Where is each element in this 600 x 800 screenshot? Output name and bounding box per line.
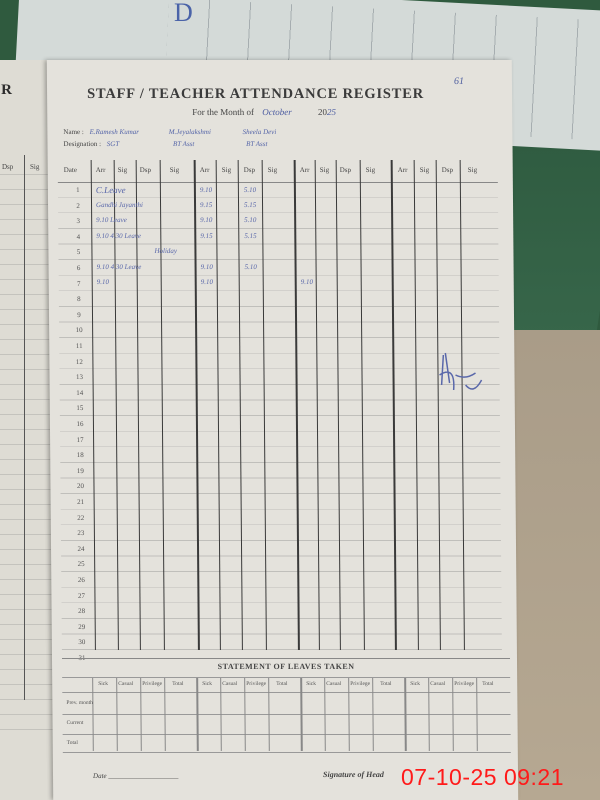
- col-header: Dsp: [340, 166, 351, 174]
- floor-background: [510, 330, 600, 800]
- day-number: 29: [72, 623, 92, 631]
- entry-day-6-dsp: 5.10: [245, 263, 257, 271]
- entry-day-4-arr: 9.15: [200, 232, 212, 240]
- leaves-col-header: Casual: [222, 681, 237, 687]
- footer-date: Date ____________________: [93, 772, 178, 780]
- col-header: Arr: [300, 166, 310, 174]
- day-number: 9: [69, 311, 89, 319]
- month-value: October: [262, 107, 292, 117]
- col-header: Sig: [268, 166, 277, 174]
- entry-day-2-dsp: 5.15: [244, 201, 256, 209]
- register-page: 61 STAFF / TEACHER ATTENDANCE REGISTER F…: [47, 60, 518, 800]
- background-sheet-letter: D: [174, 0, 193, 28]
- col-header: Sig: [468, 166, 477, 174]
- day-number: 19: [70, 467, 90, 475]
- day-number: 30: [72, 638, 92, 646]
- entry-day-1: C.Leave: [96, 185, 126, 195]
- handwritten-signature-icon: [435, 345, 486, 405]
- day-number: 2: [68, 202, 88, 210]
- leaves-col-header: Sick: [98, 681, 108, 687]
- leaves-title: STATEMENT OF LEAVES TAKEN: [62, 662, 510, 671]
- day-number: 14: [70, 389, 90, 397]
- entry-day-7-arr: 9.10: [201, 278, 213, 286]
- col-header: Arr: [96, 166, 106, 174]
- entry-day-1-dsp: 5.10: [244, 186, 256, 194]
- entry-day-2: Gandhi Jayanthi: [96, 201, 143, 209]
- left-page-header-sig: Sig: [30, 163, 39, 171]
- grid-header: Date Arr Sig Dsp Sig Arr Sig Dsp Sig Arr…: [58, 160, 498, 183]
- leaves-col-header: Casual: [326, 681, 341, 687]
- day-number: 8: [69, 295, 89, 303]
- attendance-grid: Date Arr Sig Dsp Sig Arr Sig Dsp Sig Arr…: [58, 160, 502, 650]
- col-header: Sig: [320, 166, 329, 174]
- staff-name: E.Ramesh Kumar: [90, 128, 139, 136]
- day-number: 11: [69, 342, 89, 350]
- entry-day-6: 9.10 4.30 Leave: [97, 263, 142, 271]
- entry-day-5: Holiday: [154, 247, 177, 255]
- day-number: 21: [71, 498, 91, 506]
- staff-designation: SGT: [107, 140, 120, 148]
- designation-row: Designation : SGT BT Asst BT Asst: [63, 140, 267, 148]
- day-number: 10: [69, 326, 89, 334]
- leaves-col-header: Total: [276, 681, 287, 687]
- day-number: 15: [70, 404, 90, 412]
- leaves-col-header: Privilege: [246, 681, 266, 687]
- entry-day-3-dsp: 5.10: [244, 216, 256, 224]
- day-number: 27: [71, 592, 91, 600]
- leaves-row-label: Prev. month: [66, 700, 93, 706]
- leaves-col-header: Privilege: [454, 681, 474, 687]
- leaves-col-header: Sick: [410, 681, 420, 687]
- entry-day-4-dsp: 5.15: [244, 232, 256, 240]
- entry-day-7: 9.10: [97, 278, 109, 286]
- footer-signature-label: Signature of Head: [323, 770, 384, 779]
- day-number: 28: [72, 607, 92, 615]
- col-header: Sig: [222, 166, 231, 174]
- day-number: 25: [71, 560, 91, 568]
- timestamp-overlay: 07-10-25 09:21: [401, 764, 564, 791]
- day-number: 12: [69, 358, 89, 366]
- col-header: Sig: [420, 166, 429, 174]
- col-header: Sig: [118, 166, 127, 174]
- day-number: 1: [68, 186, 88, 194]
- day-number: 23: [71, 529, 91, 537]
- name-row: Name : E.Ramesh Kumar M.Jeyalakshmi Shee…: [63, 128, 276, 136]
- col-header: Arr: [398, 166, 408, 174]
- month-label: For the Month of: [192, 107, 254, 117]
- day-number: 26: [71, 576, 91, 584]
- staff-name: Sheela Devi: [243, 128, 277, 136]
- col-header: Arr: [200, 166, 210, 174]
- leaves-row-label: Total: [67, 740, 78, 746]
- left-page-title-fragment: R: [1, 82, 12, 99]
- col-header: Sig: [366, 166, 375, 174]
- col-header: Dsp: [244, 166, 255, 174]
- day-number: 6: [69, 264, 89, 272]
- day-number: 20: [70, 482, 90, 490]
- leaves-grid: Sick Casual Privilege Total Sick Casual …: [62, 677, 511, 751]
- leaves-col-header: Sick: [202, 681, 212, 687]
- register-title: STAFF / TEACHER ATTENDANCE REGISTER: [87, 86, 424, 103]
- day-number: 5: [68, 248, 88, 256]
- date-label: Date: [93, 772, 107, 780]
- entry-day-6-arr: 9.10: [201, 263, 213, 271]
- day-number: 3: [68, 217, 88, 225]
- col-header: Dsp: [140, 166, 151, 174]
- leaves-col-header: Total: [380, 681, 391, 687]
- month-line: For the Month of October 2025: [192, 107, 336, 117]
- entry-day-4: 9.10 4.30 Leave: [96, 232, 141, 240]
- day-number: 4: [68, 233, 88, 241]
- leaves-col-header: Total: [482, 681, 493, 687]
- entry-day-7-col3: 9.10: [301, 278, 313, 286]
- year-value: 25: [327, 107, 336, 117]
- entry-day-3-arr: 9.10: [200, 216, 212, 224]
- day-number: 16: [70, 420, 90, 428]
- col-header: Dsp: [442, 166, 453, 174]
- staff-designation: BT Asst: [173, 140, 194, 148]
- col-header: Sig: [170, 166, 179, 174]
- day-number: 17: [70, 436, 90, 444]
- staff-designation: BT Asst: [246, 140, 267, 148]
- leaves-col-header: Casual: [118, 681, 133, 687]
- designation-label: Designation :: [63, 140, 101, 148]
- left-page-header-dsp: Dsp: [2, 163, 13, 171]
- leaves-col-header: Casual: [430, 681, 445, 687]
- page-number: 61: [454, 76, 464, 87]
- leaves-row-label: Current: [67, 720, 84, 726]
- day-number: 22: [71, 514, 91, 522]
- name-label: Name :: [63, 128, 83, 136]
- col-header: Date: [64, 166, 77, 174]
- leaves-statement: STATEMENT OF LEAVES TAKEN Sick Casual: [62, 658, 511, 751]
- day-number: 24: [71, 545, 91, 553]
- staff-name: M.Jeyalakshmi: [169, 128, 211, 136]
- year-label: 20: [318, 107, 327, 117]
- leaves-col-header: Total: [172, 681, 183, 687]
- day-number: 7: [69, 280, 89, 288]
- day-number: 18: [70, 451, 90, 459]
- leaves-col-header: Sick: [306, 681, 316, 687]
- entry-day-1-arr: 9.10: [200, 186, 212, 194]
- leaves-col-header: Privilege: [350, 681, 370, 687]
- leaves-col-header: Privilege: [142, 681, 162, 687]
- entry-day-3: 9.10 Leave: [96, 216, 127, 224]
- day-number: 13: [70, 373, 90, 381]
- entry-day-2-arr: 9.15: [200, 201, 212, 209]
